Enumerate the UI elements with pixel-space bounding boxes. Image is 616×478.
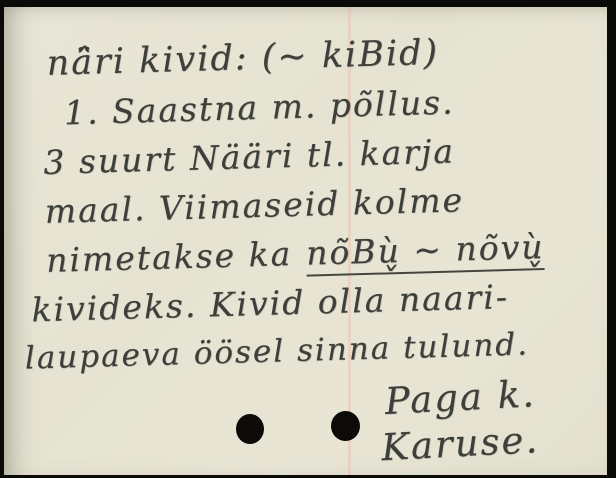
signature-parish: Karuse. — [380, 417, 540, 471]
punch-hole-left — [236, 414, 264, 444]
underlined-dialect-term: nõBù̬ ~ nõvù̬ — [306, 227, 545, 277]
handwritten-text-block: nä̂ri kivid: (~ kiBid) 1. Saastna m. põl… — [4, 24, 616, 384]
signature: Paga k. Karuse. — [384, 371, 540, 471]
note-card: nä̂ri kivid: (~ kiBid) 1. Saastna m. põl… — [4, 7, 607, 475]
signature-collector: Paga k. — [384, 371, 538, 425]
punch-hole-right — [331, 411, 360, 441]
line-text: nimetakse ka — [46, 234, 293, 280]
